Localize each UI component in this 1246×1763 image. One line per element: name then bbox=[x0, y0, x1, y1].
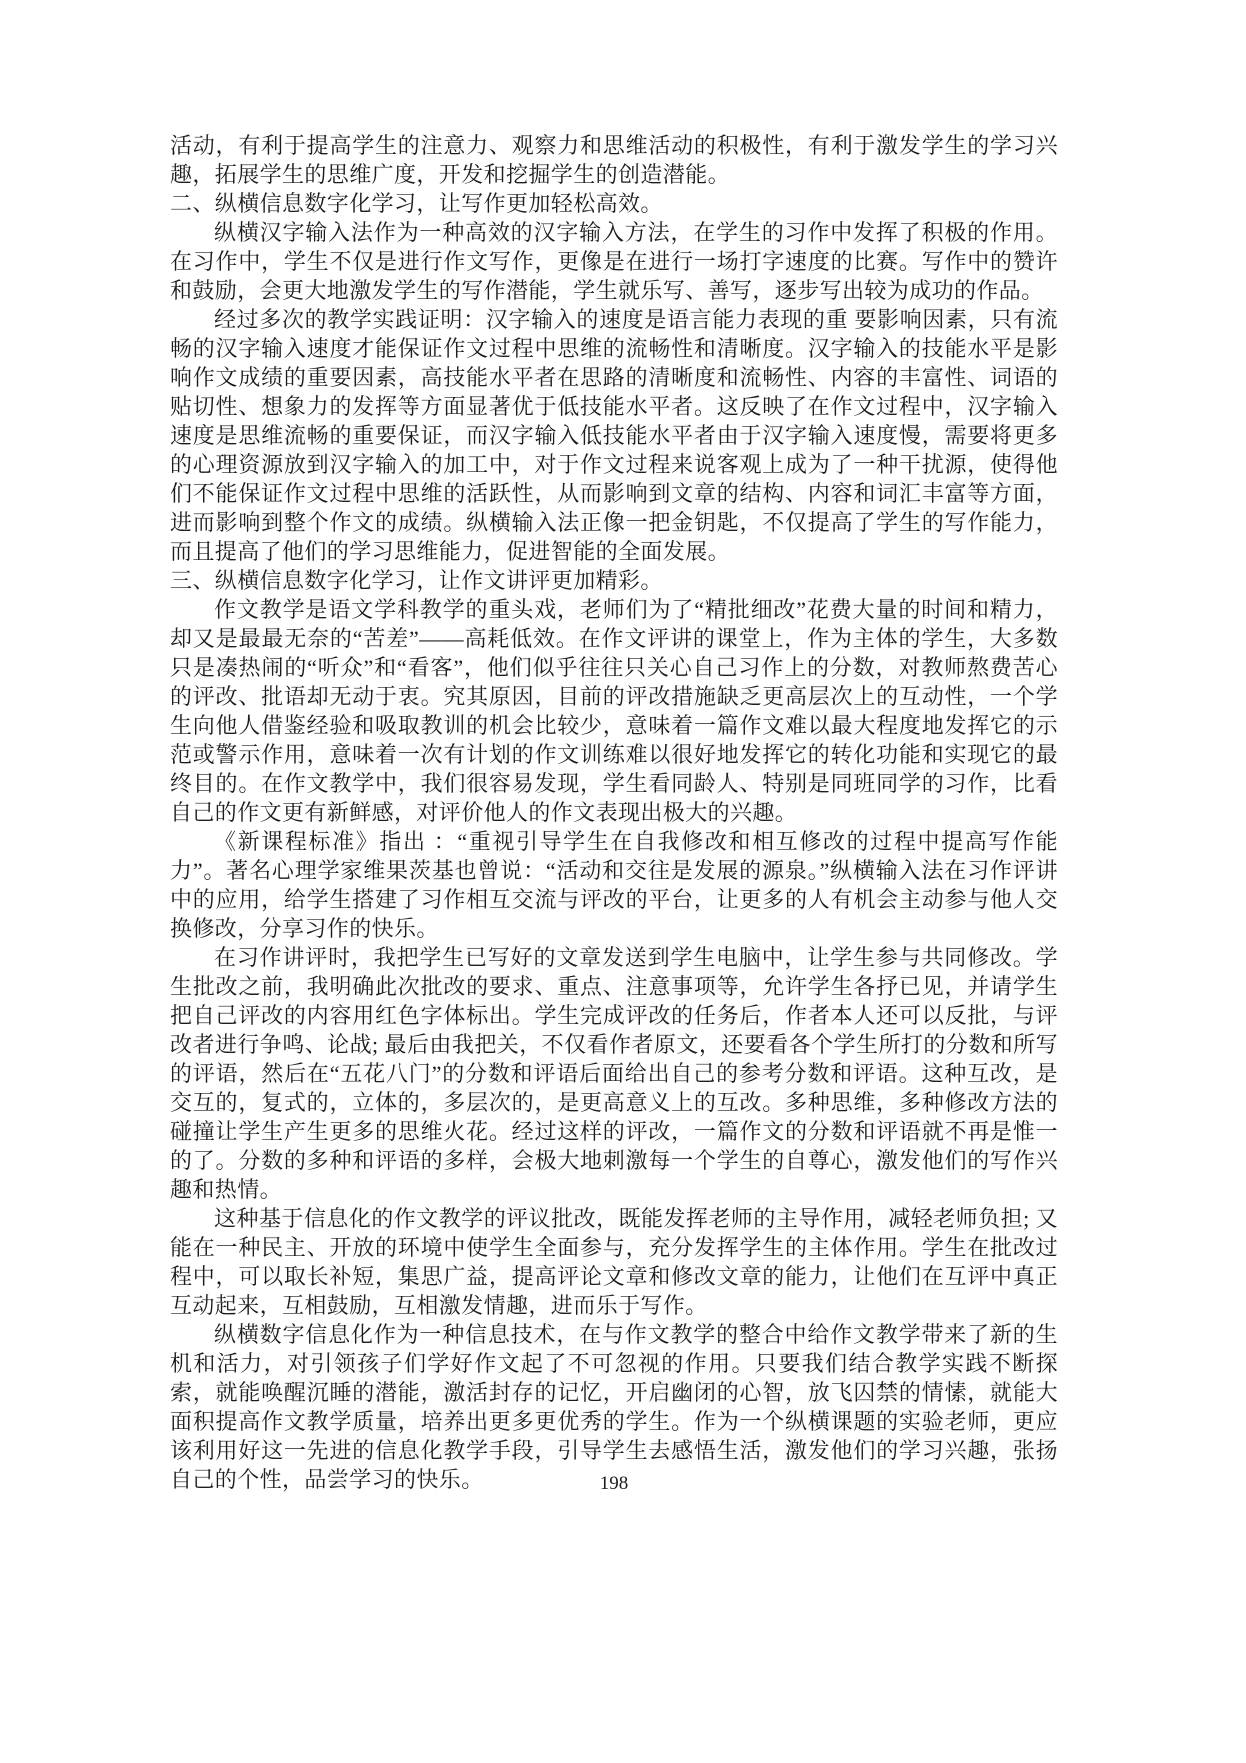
body-paragraph: 作文教学是语文学科教学的重头戏，老师们为了“精批细改”花费大量的时间和精力，却又… bbox=[170, 595, 1058, 827]
document-page: 活动，有利于提高学生的注意力、观察力和思维活动的积极性，有利于激发学生的学习兴趣… bbox=[0, 0, 1246, 1763]
body-paragraph: 纵横汉字输入法作为一种高效的汉字输入方法，在学生的习作中发挥了积极的作用。在习作… bbox=[170, 218, 1058, 305]
page-number: 198 bbox=[170, 1472, 1058, 1496]
document-text-block: 活动，有利于提高学生的注意力、观察力和思维活动的积极性，有利于激发学生的学习兴趣… bbox=[170, 131, 1058, 1494]
body-paragraph: 经过多次的教学实践证明：汉字输入的速度是语言能力表现的重 要影响因素，只有流畅的… bbox=[170, 305, 1058, 566]
paragraph-continuation: 活动，有利于提高学生的注意力、观察力和思维活动的积极性，有利于激发学生的学习兴趣… bbox=[170, 131, 1058, 189]
section-heading-2: 二、纵横信息数字化学习，让写作更加轻松高效。 bbox=[170, 189, 1058, 218]
body-paragraph: 在习作讲评时，我把学生已写好的文章发送到学生电脑中，让学生参与共同修改。学生批改… bbox=[170, 943, 1058, 1204]
body-paragraph: 纵横数字信息化作为一种信息技术，在与作文教学的整合中给作文教学带来了新的生机和活… bbox=[170, 1320, 1058, 1494]
body-paragraph: 《新课程标准》指出 ：“重视引导学生在自我修改和相互修改的过程中提高写作能力”。… bbox=[170, 827, 1058, 943]
body-paragraph: 这种基于信息化的作文教学的评议批改，既能发挥老师的主导作用，减轻老师负担; 又能… bbox=[170, 1204, 1058, 1320]
section-heading-3: 三、纵横信息数字化学习，让作文讲评更加精彩。 bbox=[170, 566, 1058, 595]
